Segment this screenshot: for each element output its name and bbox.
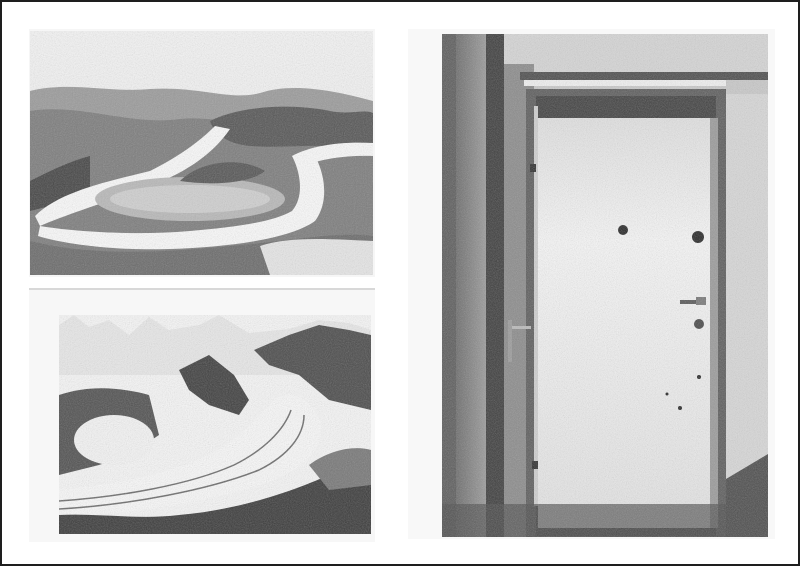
photo-doorway bbox=[442, 34, 768, 537]
photo-glacier-mountains bbox=[59, 315, 371, 534]
photo-river-meander bbox=[30, 31, 373, 275]
document-page bbox=[0, 0, 800, 566]
